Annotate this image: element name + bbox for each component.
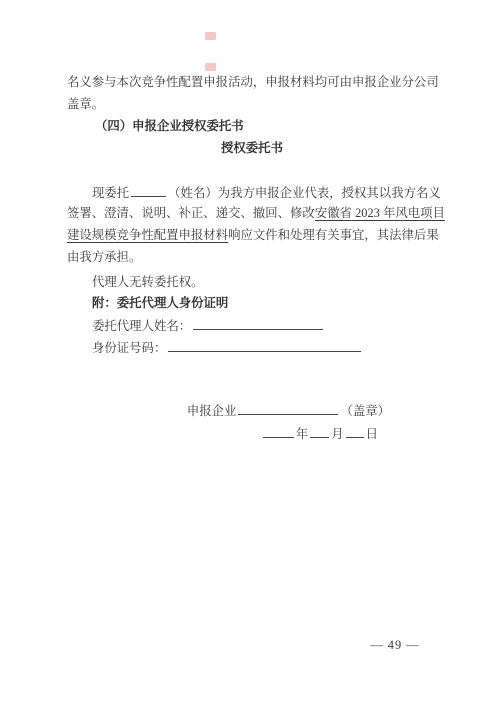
agent-name-field: 委托代理人姓名： — [92, 317, 325, 334]
document-page: 名义参与本次竞争性配置申报活动，申报材料均可由申报企业分公司 盖章。 （四）申报… — [0, 0, 500, 706]
body-paragraph-continuation-line2: 盖章。 — [67, 97, 104, 112]
agent-name-label: 委托代理人姓名： — [92, 319, 191, 333]
entrust-paragraph-line1: 现委托（姓名）为我方申报企业代表，授权其以我方名义 — [92, 184, 441, 201]
entrust-line1-pre: 现委托 — [92, 186, 129, 200]
name-blank-underline — [131, 184, 166, 197]
year-blank-underline — [263, 425, 294, 438]
section-heading: （四）申报企业授权委托书 — [95, 119, 244, 134]
sign-seal-label: （盖章） — [340, 404, 390, 418]
sign-company-label: 申报企业 — [187, 404, 237, 418]
red-scan-mark-bottom — [205, 63, 216, 71]
entrust-line2-underlined-project-name: 安徽省 2023 年风电项目 — [315, 206, 445, 220]
signature-company-line: 申报企业（盖章） — [187, 402, 390, 419]
company-blank-underline — [238, 402, 338, 415]
entrust-line2-pre: 签署、澄清、说明、补正、递交、撤回、修改 — [67, 206, 315, 220]
day-blank-underline — [346, 425, 364, 438]
page-number: — 49 — — [363, 638, 427, 653]
entrust-paragraph-line2: 签署、澄清、说明、补正、递交、撤回、修改安徽省 2023 年风电项目 — [67, 206, 445, 221]
entrust-paragraph-line4: 由我方承担。 — [67, 250, 141, 265]
month-blank-underline — [310, 425, 329, 438]
date-month-label: 月 — [331, 427, 343, 441]
id-number-field: 身份证号码： — [92, 339, 363, 356]
attachment-heading: 附：委托代理人身份证明 — [92, 296, 228, 311]
date-year-label: 年 — [296, 427, 308, 441]
red-scan-mark-top — [205, 32, 216, 40]
no-delegate-statement: 代理人无转委托权。 — [92, 275, 204, 290]
body-paragraph-continuation-line1: 名义参与本次竞争性配置申报活动，申报材料均可由申报企业分公司 — [67, 75, 439, 90]
document-title: 授权委托书 — [67, 141, 437, 156]
entrust-paragraph-line3: 建设规模竞争性配置申报材料响应文件和处理有关事宜，其法律后果 — [67, 228, 439, 243]
signature-date-line: 年月日 — [261, 425, 378, 442]
id-number-label: 身份证号码： — [92, 341, 166, 355]
entrust-line3-post: 响应文件和处理有关事宜，其法律后果 — [228, 228, 439, 242]
entrust-line1-post: （姓名）为我方申报企业代表，授权其以我方名义 — [168, 186, 441, 200]
entrust-line3-underlined-project-name: 建设规模竞争性配置申报材料 — [67, 228, 228, 242]
id-number-blank-underline — [168, 339, 361, 352]
date-day-label: 日 — [366, 427, 378, 441]
agent-name-blank-underline — [193, 317, 323, 330]
